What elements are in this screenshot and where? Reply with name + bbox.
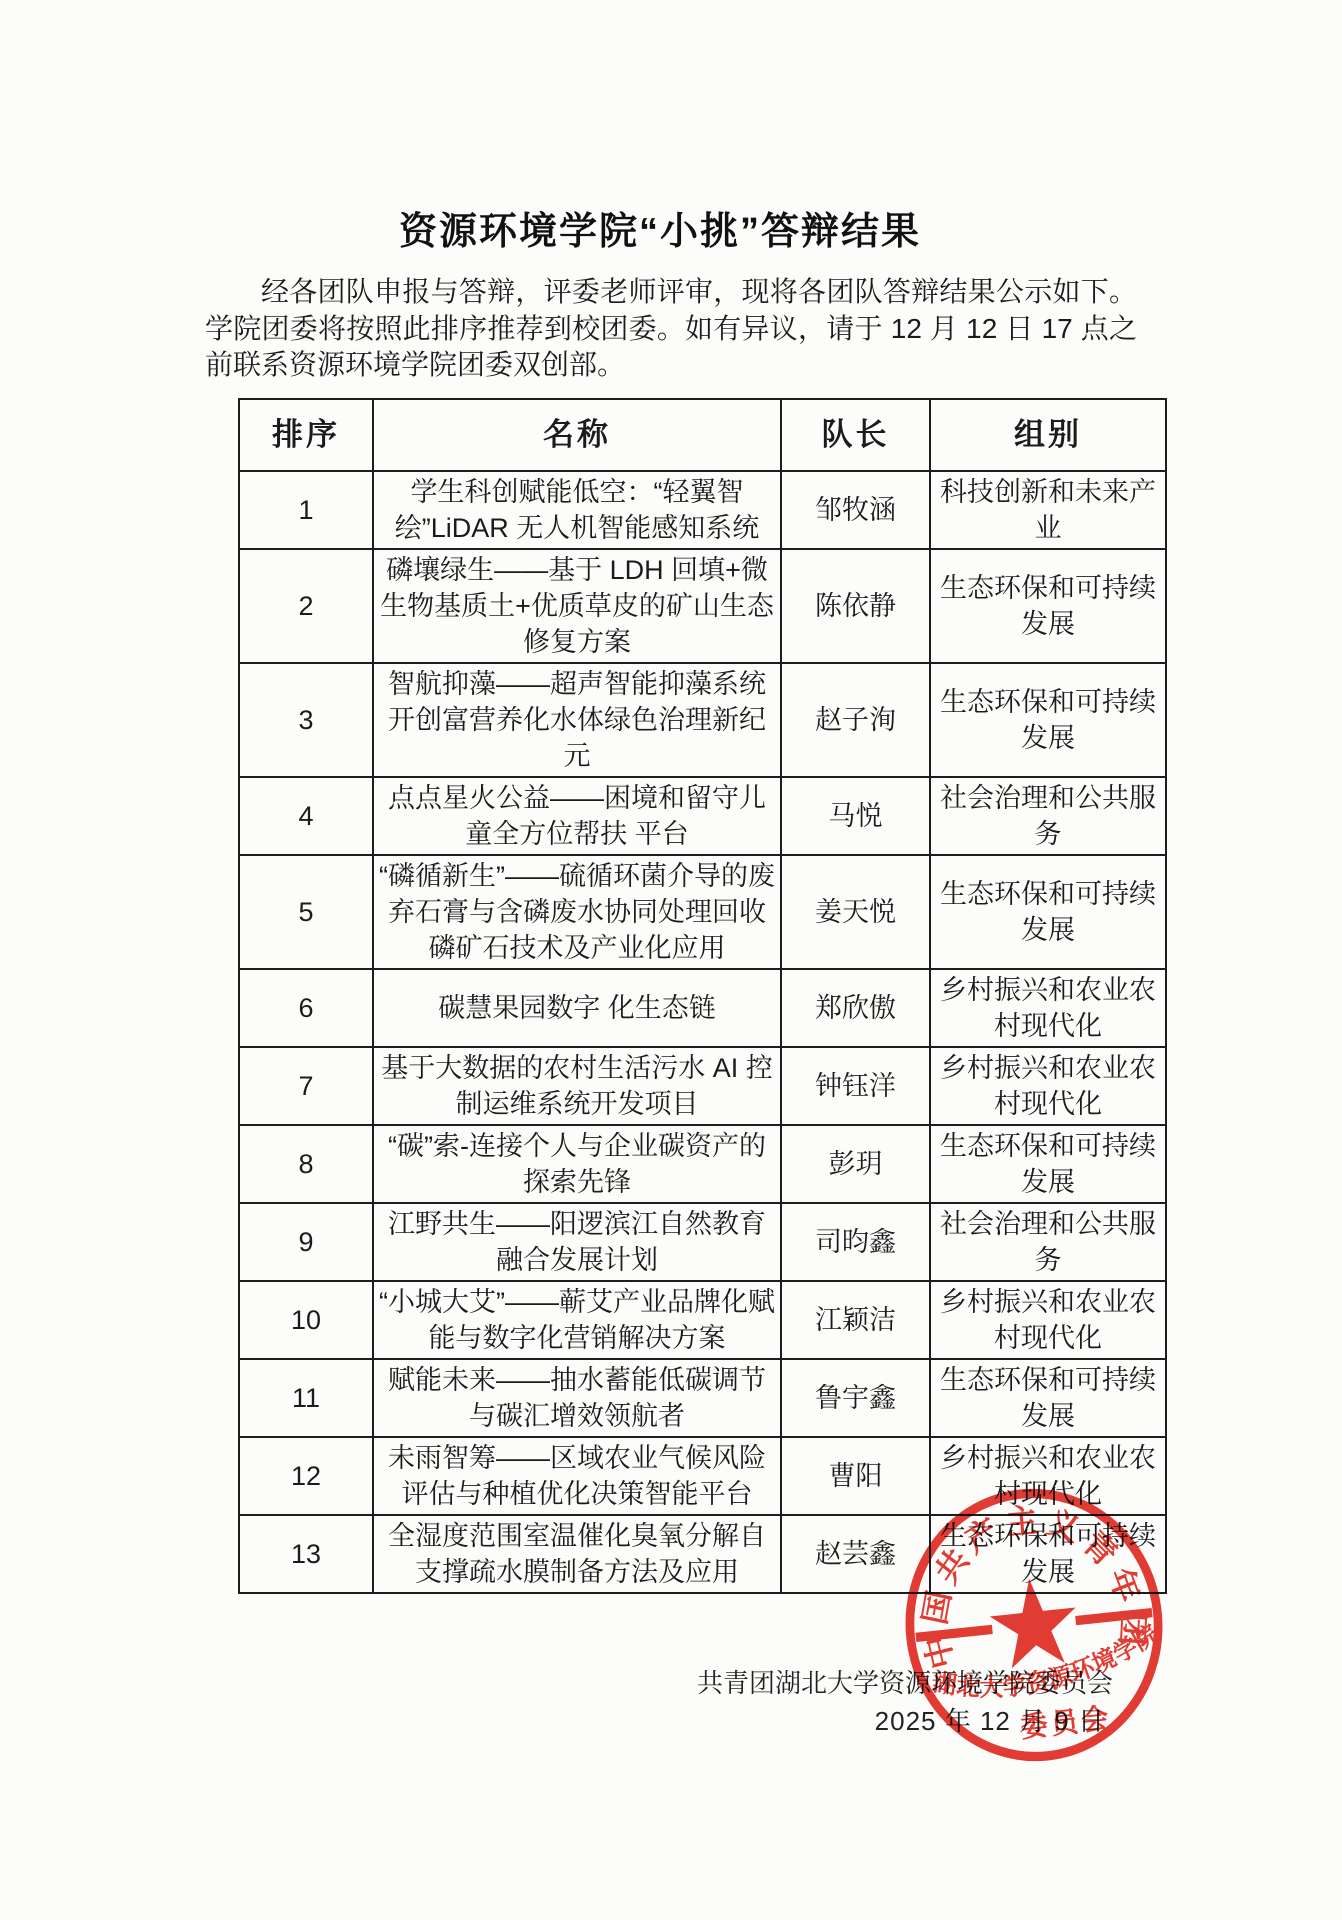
column-header-rank: 排序 xyxy=(239,399,373,471)
table-row: 12未雨智筹——区域农业气候风险评估与种植优化决策智能平台曹阳乡村振兴和农业农村… xyxy=(239,1437,1166,1515)
cell-leader: 司昀鑫 xyxy=(781,1203,930,1281)
cell-group: 社会治理和公共服务 xyxy=(930,777,1166,855)
cell-name: 赋能未来——抽水蓄能低碳调节与碳汇增效领航者 xyxy=(373,1359,781,1437)
table-row: 2磷壤绿生——基于 LDH 回填+微生物基质土+优质草皮的矿山生态修复方案陈依静… xyxy=(239,549,1166,663)
footer-date: 2025 年 12 月 9 日 xyxy=(697,1702,1113,1740)
stamp-right-bar xyxy=(1075,1608,1152,1625)
table-row: 4点点星火公益——困境和留守儿童全方位帮扶 平台马悦社会治理和公共服务 xyxy=(239,777,1166,855)
cell-rank: 9 xyxy=(239,1203,373,1281)
cell-group: 乡村振兴和农业农村现代化 xyxy=(930,1047,1166,1125)
cell-rank: 10 xyxy=(239,1281,373,1359)
stamp-left-bar xyxy=(915,1625,992,1642)
cell-leader: 江颖洁 xyxy=(781,1281,930,1359)
cell-name: 磷壤绿生——基于 LDH 回填+微生物基质土+优质草皮的矿山生态修复方案 xyxy=(373,549,781,663)
column-header-group: 组别 xyxy=(930,399,1166,471)
cell-leader: 姜天悦 xyxy=(781,855,930,969)
cell-rank: 2 xyxy=(239,549,373,663)
cell-group: 科技创新和未来产业 xyxy=(930,471,1166,549)
cell-rank: 11 xyxy=(239,1359,373,1437)
cell-name: 学生科创赋能低空：“轻翼智绘”LiDAR 无人机智能感知系统 xyxy=(373,471,781,549)
table-row: 1学生科创赋能低空：“轻翼智绘”LiDAR 无人机智能感知系统邹牧涵科技创新和未… xyxy=(239,471,1166,549)
cell-group: 生态环保和可持续发展 xyxy=(930,663,1166,777)
document-page: 资源环境学院“小挑”答辩结果 经各团队申报与答辩，评委老师评审，现将各团队答辩结… xyxy=(0,0,1342,1920)
cell-name: 碳慧果园数字 化生态链 xyxy=(373,969,781,1047)
cell-group: 社会治理和公共服务 xyxy=(930,1203,1166,1281)
cell-rank: 5 xyxy=(239,855,373,969)
column-header-name: 名称 xyxy=(373,399,781,471)
column-header-leader: 队长 xyxy=(781,399,930,471)
footer-block: 共青团湖北大学资源环境学院委员会 2025 年 12 月 9 日 xyxy=(697,1664,1113,1740)
cell-group: 生态环保和可持续发展 xyxy=(930,855,1166,969)
results-table-body: 1学生科创赋能低空：“轻翼智绘”LiDAR 无人机智能感知系统邹牧涵科技创新和未… xyxy=(239,471,1166,1593)
cell-name: “小城大艾”——蕲艾产业品牌化赋能与数字化营销解决方案 xyxy=(373,1281,781,1359)
cell-leader: 曹阳 xyxy=(781,1437,930,1515)
cell-rank: 13 xyxy=(239,1515,373,1593)
cell-group: 生态环保和可持续发展 xyxy=(930,549,1166,663)
cell-leader: 马悦 xyxy=(781,777,930,855)
cell-rank: 6 xyxy=(239,969,373,1047)
table-row: 9江野共生——阳逻滨江自然教育融合发展计划司昀鑫社会治理和公共服务 xyxy=(239,1203,1166,1281)
cell-rank: 3 xyxy=(239,663,373,777)
intro-paragraph: 经各团队申报与答辩，评委老师评审，现将各团队答辩结果公示如下。学院团委将按照此排… xyxy=(205,274,1137,384)
table-header-row: 排序 名称 队长 组别 xyxy=(239,399,1166,471)
cell-name: “碳”索-连接个人与企业碳资产的探索先锋 xyxy=(373,1125,781,1203)
cell-rank: 1 xyxy=(239,471,373,549)
table-row: 8“碳”索-连接个人与企业碳资产的探索先锋彭玥生态环保和可持续发展 xyxy=(239,1125,1166,1203)
page-title: 资源环境学院“小挑”答辩结果 xyxy=(0,200,1320,255)
cell-group: 生态环保和可持续发展 xyxy=(930,1125,1166,1203)
cell-group: 生态环保和可持续发展 xyxy=(930,1515,1166,1593)
cell-leader: 钟钰洋 xyxy=(781,1047,930,1125)
cell-name: “磷循新生”——硫循环菌介导的废弃石膏与含磷废水协同处理回收磷矿石技术及产业化应… xyxy=(373,855,781,969)
cell-name: 全湿度范围室温催化臭氧分解自支撑疏水膜制备方法及应用 xyxy=(373,1515,781,1593)
cell-name: 未雨智筹——区域农业气候风险评估与种植优化决策智能平台 xyxy=(373,1437,781,1515)
table-row: 6碳慧果园数字 化生态链郑欣傲乡村振兴和农业农村现代化 xyxy=(239,969,1166,1047)
footer-organization: 共青团湖北大学资源环境学院委员会 xyxy=(697,1664,1113,1702)
cell-leader: 鲁宇鑫 xyxy=(781,1359,930,1437)
cell-leader: 彭玥 xyxy=(781,1125,930,1203)
results-table: 排序 名称 队长 组别 1学生科创赋能低空：“轻翼智绘”LiDAR 无人机智能感… xyxy=(238,398,1167,1594)
cell-rank: 12 xyxy=(239,1437,373,1515)
cell-name: 基于大数据的农村生活污水 AI 控制运维系统开发项目 xyxy=(373,1047,781,1125)
cell-rank: 7 xyxy=(239,1047,373,1125)
cell-group: 乡村振兴和农业农村现代化 xyxy=(930,1281,1166,1359)
table-row: 10“小城大艾”——蕲艾产业品牌化赋能与数字化营销解决方案江颖洁乡村振兴和农业农… xyxy=(239,1281,1166,1359)
cell-name: 智航抑藻——超声智能抑藻系统开创富营养化水体绿色治理新纪元 xyxy=(373,663,781,777)
cell-leader: 陈依静 xyxy=(781,549,930,663)
table-row: 5“磷循新生”——硫循环菌介导的废弃石膏与含磷废水协同处理回收磷矿石技术及产业化… xyxy=(239,855,1166,969)
cell-leader: 郑欣傲 xyxy=(781,969,930,1047)
cell-name: 江野共生——阳逻滨江自然教育融合发展计划 xyxy=(373,1203,781,1281)
cell-leader: 赵子洵 xyxy=(781,663,930,777)
table-row: 7基于大数据的农村生活污水 AI 控制运维系统开发项目钟钰洋乡村振兴和农业农村现… xyxy=(239,1047,1166,1125)
table-row: 13全湿度范围室温催化臭氧分解自支撑疏水膜制备方法及应用赵芸鑫生态环保和可持续发… xyxy=(239,1515,1166,1593)
table-row: 3智航抑藻——超声智能抑藻系统开创富营养化水体绿色治理新纪元赵子洵生态环保和可持… xyxy=(239,663,1166,777)
cell-leader: 邹牧涵 xyxy=(781,471,930,549)
table-row: 11赋能未来——抽水蓄能低碳调节与碳汇增效领航者鲁宇鑫生态环保和可持续发展 xyxy=(239,1359,1166,1437)
cell-group: 乡村振兴和农业农村现代化 xyxy=(930,1437,1166,1515)
cell-name: 点点星火公益——困境和留守儿童全方位帮扶 平台 xyxy=(373,777,781,855)
cell-group: 生态环保和可持续发展 xyxy=(930,1359,1166,1437)
cell-rank: 8 xyxy=(239,1125,373,1203)
cell-group: 乡村振兴和农业农村现代化 xyxy=(930,969,1166,1047)
cell-leader: 赵芸鑫 xyxy=(781,1515,930,1593)
cell-rank: 4 xyxy=(239,777,373,855)
